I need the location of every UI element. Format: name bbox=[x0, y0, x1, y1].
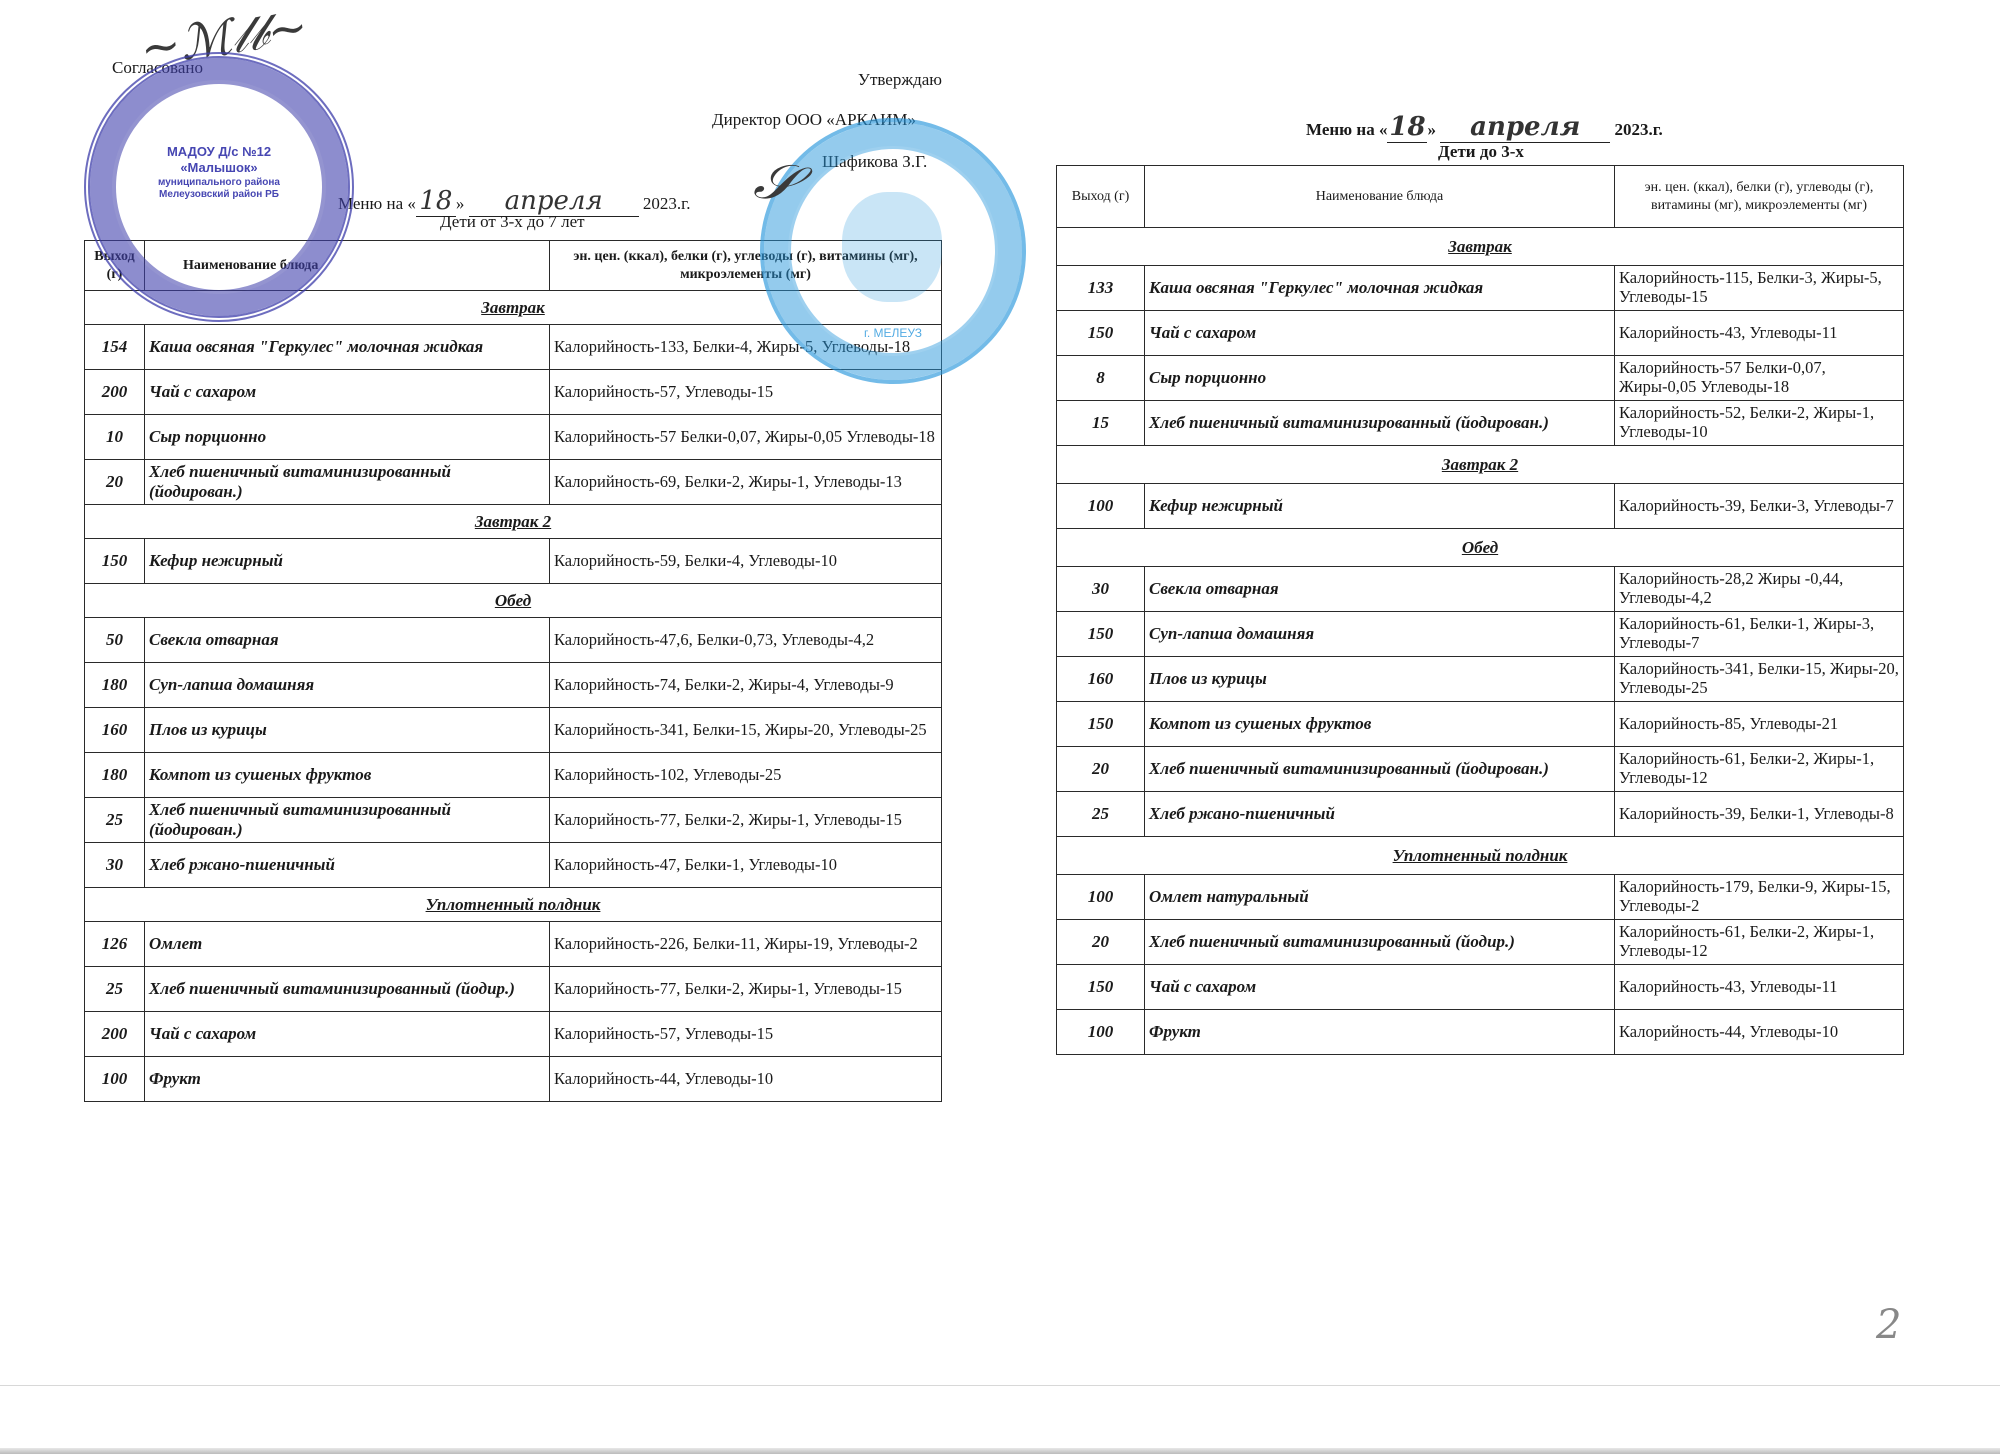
menu-row: 10Сыр порционноКалорийность-57 Белки-0,0… bbox=[85, 415, 942, 460]
menu-year: 2023.г. bbox=[643, 194, 691, 213]
menu-row: 100ФруктКалорийность-44, Углеводы-10 bbox=[85, 1057, 942, 1102]
menu-quote: » bbox=[456, 194, 465, 213]
dish-name-cell: Омлет натуральный bbox=[1145, 875, 1615, 920]
menu-row: 160Плов из курицыКалорийность-341, Белки… bbox=[1057, 657, 1904, 702]
nutrition-cell: Калорийность-47,6, Белки-0,73, Углеводы-… bbox=[550, 618, 942, 663]
output-cell: 30 bbox=[85, 843, 145, 888]
output-cell: 50 bbox=[85, 618, 145, 663]
section-title: Обед bbox=[85, 584, 942, 618]
section-row: Завтрак 2 bbox=[1057, 446, 1904, 484]
page-number: 2 bbox=[1876, 1302, 1901, 1348]
menu-row: 25Хлеб пшеничный витаминизированный (йод… bbox=[85, 967, 942, 1012]
nutrition-cell: Калорийность-115, Белки-3, Жиры-5, Углев… bbox=[1615, 266, 1904, 311]
dish-name-cell: Свекла отварная bbox=[1145, 567, 1615, 612]
section-row: Обед bbox=[1057, 529, 1904, 567]
output-cell: 20 bbox=[85, 460, 145, 505]
section-title: Завтрак bbox=[85, 291, 942, 325]
menu-row: 160Плов из курицыКалорийность-341, Белки… bbox=[85, 708, 942, 753]
output-cell: 100 bbox=[1057, 1010, 1145, 1055]
nutrition-cell: Калорийность-61, Белки-1, Жиры-3, Углево… bbox=[1615, 612, 1904, 657]
menu-day: 18 bbox=[1387, 112, 1427, 143]
nutrition-cell: Калорийность-69, Белки-2, Жиры-1, Углево… bbox=[550, 460, 942, 505]
dish-name-cell: Суп-лапша домашняя bbox=[1145, 612, 1615, 657]
dish-name-cell: Чай с сахаром bbox=[145, 370, 550, 415]
signatory-name: Шафикова З.Г. bbox=[822, 152, 927, 172]
menu-row: 50Свекла отварнаяКалорийность-47,6, Белк… bbox=[85, 618, 942, 663]
output-cell: 150 bbox=[1057, 311, 1145, 356]
menu-row: 100ФруктКалорийность-44, Углеводы-10 bbox=[1057, 1010, 1904, 1055]
output-cell: 180 bbox=[85, 663, 145, 708]
dish-name-cell: Фрукт bbox=[145, 1057, 550, 1102]
dish-name-cell: Плов из курицы bbox=[145, 708, 550, 753]
output-cell: 150 bbox=[1057, 702, 1145, 747]
menu-table-left: Выход (г) Наименование блюда эн. цен. (к… bbox=[84, 240, 942, 1102]
nutrition-cell: Калорийность-44, Углеводы-10 bbox=[550, 1057, 942, 1102]
output-cell: 150 bbox=[1057, 965, 1145, 1010]
menu-month: апреля bbox=[1440, 112, 1610, 143]
stamp-line: МАДОУ Д/с №12 bbox=[150, 144, 288, 160]
output-cell: 126 bbox=[85, 922, 145, 967]
output-cell: 100 bbox=[1057, 875, 1145, 920]
nutrition-cell: Калорийность-43, Углеводы-11 bbox=[1615, 965, 1904, 1010]
header-output: Выход (г) bbox=[1057, 166, 1145, 228]
menu-row: 126ОмлетКалорийность-226, Белки-11, Жиры… bbox=[85, 922, 942, 967]
menu-year: 2023.г. bbox=[1614, 120, 1662, 139]
output-cell: 150 bbox=[1057, 612, 1145, 657]
nutrition-cell: Калорийность-61, Белки-2, Жиры-1, Углево… bbox=[1615, 747, 1904, 792]
dish-name-cell: Сыр порционно bbox=[1145, 356, 1615, 401]
dish-name-cell: Хлеб пшеничный витаминизированный (йодир… bbox=[1145, 747, 1615, 792]
nutrition-cell: Калорийность-179, Белки-9, Жиры-15, Угле… bbox=[1615, 875, 1904, 920]
menu-row: 154Каша овсяная "Геркулес" молочная жидк… bbox=[85, 325, 942, 370]
menu-row: 150Суп-лапша домашняяКалорийность-61, Бе… bbox=[1057, 612, 1904, 657]
output-cell: 20 bbox=[1057, 747, 1145, 792]
stamp-line: муниципального района bbox=[150, 177, 288, 190]
nutrition-cell: Калорийность-341, Белки-15, Жиры-20, Угл… bbox=[550, 708, 942, 753]
dish-name-cell: Хлеб пшеничный витаминизированный (йодир… bbox=[145, 967, 550, 1012]
menu-row: 20Хлеб пшеничный витаминизированный (йод… bbox=[85, 460, 942, 505]
menu-row: 133Каша овсяная "Геркулес" молочная жидк… bbox=[1057, 266, 1904, 311]
dish-name-cell: Каша овсяная "Геркулес" молочная жидкая bbox=[1145, 266, 1615, 311]
nutrition-cell: Калорийность-44, Углеводы-10 bbox=[1615, 1010, 1904, 1055]
output-cell: 154 bbox=[85, 325, 145, 370]
nutrition-cell: Калорийность-39, Белки-1, Углеводы-8 bbox=[1615, 792, 1904, 837]
output-cell: 25 bbox=[85, 967, 145, 1012]
section-row: Завтрак 2 bbox=[85, 505, 942, 539]
nutrition-cell: Калорийность-47, Белки-1, Углеводы-10 bbox=[550, 843, 942, 888]
table-header-row: Выход (г) Наименование блюда эн. цен. (к… bbox=[1057, 166, 1904, 228]
section-title: Обед bbox=[1057, 529, 1904, 567]
dish-name-cell: Фрукт bbox=[1145, 1010, 1615, 1055]
output-cell: 25 bbox=[1057, 792, 1145, 837]
menu-row: 200Чай с сахаромКалорийность-57, Углевод… bbox=[85, 370, 942, 415]
menu-row: 30Хлеб ржано-пшеничныйКалорийность-47, Б… bbox=[85, 843, 942, 888]
output-cell: 15 bbox=[1057, 401, 1145, 446]
header-name: Наименование блюда bbox=[145, 241, 550, 291]
header-nutrition: эн. цен. (ккал), белки (г), углеводы (г)… bbox=[550, 241, 942, 291]
dish-name-cell: Сыр порционно bbox=[145, 415, 550, 460]
stamp-line: Мелеузовский район РБ bbox=[150, 189, 288, 202]
nutrition-cell: Калорийность-85, Углеводы-21 bbox=[1615, 702, 1904, 747]
nutrition-cell: Калорийность-28,2 Жиры -0,44, Углеводы-4… bbox=[1615, 567, 1904, 612]
nutrition-cell: Калорийность-77, Белки-2, Жиры-1, Углево… bbox=[550, 798, 942, 843]
dish-name-cell: Плов из курицы bbox=[1145, 657, 1615, 702]
menu-table-right: Выход (г) Наименование блюда эн. цен. (к… bbox=[1056, 165, 1904, 1055]
header-output: Выход (г) bbox=[85, 241, 145, 291]
section-row: Завтрак bbox=[1057, 228, 1904, 266]
nutrition-cell: Калорийность-77, Белки-2, Жиры-1, Углево… bbox=[550, 967, 942, 1012]
nutrition-cell: Калорийность-341, Белки-15, Жиры-20, Угл… bbox=[1615, 657, 1904, 702]
menu-row: 20Хлеб пшеничный витаминизированный (йод… bbox=[1057, 920, 1904, 965]
header-nutrition: эн. цен. (ккал), белки (г), углеводы (г)… bbox=[1615, 166, 1904, 228]
nutrition-cell: Калорийность-43, Углеводы-11 bbox=[1615, 311, 1904, 356]
output-cell: 180 bbox=[85, 753, 145, 798]
dish-name-cell: Чай с сахаром bbox=[1145, 311, 1615, 356]
director-label: Директор ООО «АРКАИМ» bbox=[712, 110, 916, 130]
nutrition-cell: Калорийность-102, Углеводы-25 bbox=[550, 753, 942, 798]
dish-name-cell: Кефир нежирный bbox=[145, 539, 550, 584]
section-title: Уплотненный полдник bbox=[85, 888, 942, 922]
menu-row: 30Свекла отварнаяКалорийность-28,2 Жиры … bbox=[1057, 567, 1904, 612]
output-cell: 8 bbox=[1057, 356, 1145, 401]
dish-name-cell: Хлеб пшеничный витаминизированный (йодир… bbox=[1145, 401, 1615, 446]
menu-row: 150Чай с сахаромКалорийность-43, Углевод… bbox=[1057, 965, 1904, 1010]
dish-name-cell: Хлеб ржано-пшеничный bbox=[145, 843, 550, 888]
output-cell: 100 bbox=[1057, 484, 1145, 529]
menu-prefix: Меню на « bbox=[338, 194, 416, 213]
nutrition-cell: Калорийность-57 Белки-0,07, Жиры-0,05 Уг… bbox=[1615, 356, 1904, 401]
header-name: Наименование блюда bbox=[1145, 166, 1615, 228]
menu-row: 100Кефир нежирныйКалорийность-39, Белки-… bbox=[1057, 484, 1904, 529]
dish-name-cell: Чай с сахаром bbox=[1145, 965, 1615, 1010]
dish-name-cell: Суп-лапша домашняя bbox=[145, 663, 550, 708]
dish-name-cell: Хлеб пшеничный витаминизированный (йодир… bbox=[145, 460, 550, 505]
menu-title-right: Меню на «18» апреля 2023.г. bbox=[1306, 112, 1663, 143]
nutrition-cell: Калорийность-133, Белки-4, Жиры-5, Углев… bbox=[550, 325, 942, 370]
dish-name-cell: Хлеб ржано-пшеничный bbox=[1145, 792, 1615, 837]
nutrition-cell: Калорийность-52, Белки-2, Жиры-1, Углево… bbox=[1615, 401, 1904, 446]
menu-row: 180Компот из сушеных фруктовКалорийность… bbox=[85, 753, 942, 798]
menu-row: 150Кефир нежирныйКалорийность-59, Белки-… bbox=[85, 539, 942, 584]
dish-name-cell: Чай с сахаром bbox=[145, 1012, 550, 1057]
menu-row: 200Чай с сахаромКалорийность-57, Углевод… bbox=[85, 1012, 942, 1057]
menu-row: 15Хлеб пшеничный витаминизированный (йод… bbox=[1057, 401, 1904, 446]
nutrition-cell: Калорийность-61, Белки-2, Жиры-1, Углево… bbox=[1615, 920, 1904, 965]
age-group-left: Дети от 3-х до 7 лет bbox=[440, 212, 585, 232]
section-row: Завтрак bbox=[85, 291, 942, 325]
table-header-row: Выход (г) Наименование блюда эн. цен. (к… bbox=[85, 241, 942, 291]
dish-name-cell: Свекла отварная bbox=[145, 618, 550, 663]
section-title: Завтрак bbox=[1057, 228, 1904, 266]
section-row: Обед bbox=[85, 584, 942, 618]
output-cell: 10 bbox=[85, 415, 145, 460]
dish-name-cell: Кефир нежирный bbox=[1145, 484, 1615, 529]
table-body-left: Завтрак154Каша овсяная "Геркулес" молочн… bbox=[85, 291, 942, 1102]
output-cell: 160 bbox=[85, 708, 145, 753]
output-cell: 25 bbox=[85, 798, 145, 843]
section-title: Завтрак 2 bbox=[85, 505, 942, 539]
nutrition-cell: Калорийность-57 Белки-0,07, Жиры-0,05 Уг… bbox=[550, 415, 942, 460]
stamp-line: «Малышок» bbox=[150, 160, 288, 176]
output-cell: 160 bbox=[1057, 657, 1145, 702]
section-row: Уплотненный полдник bbox=[85, 888, 942, 922]
menu-quote: » bbox=[1427, 120, 1436, 139]
dish-name-cell: Компот из сушеных фруктов bbox=[1145, 702, 1615, 747]
output-cell: 20 bbox=[1057, 920, 1145, 965]
signature-director: 𝒮 bbox=[750, 147, 802, 217]
agreed-label: Согласовано bbox=[112, 58, 203, 78]
output-cell: 150 bbox=[85, 539, 145, 584]
menu-row: 20Хлеб пшеничный витаминизированный (йод… bbox=[1057, 747, 1904, 792]
nutrition-cell: Калорийность-57, Углеводы-15 bbox=[550, 370, 942, 415]
output-cell: 200 bbox=[85, 370, 145, 415]
dish-name-cell: Каша овсяная "Геркулес" молочная жидкая bbox=[145, 325, 550, 370]
dish-name-cell: Хлеб пшеничный витаминизированный (йодир… bbox=[145, 798, 550, 843]
dish-name-cell: Хлеб пшеничный витаминизированный (йодир… bbox=[1145, 920, 1615, 965]
output-cell: 30 bbox=[1057, 567, 1145, 612]
menu-row: 25Хлеб ржано-пшеничныйКалорийность-39, Б… bbox=[1057, 792, 1904, 837]
menu-row: 100Омлет натуральныйКалорийность-179, Бе… bbox=[1057, 875, 1904, 920]
dish-name-cell: Омлет bbox=[145, 922, 550, 967]
stamp-text: МАДОУ Д/с №12 «Малышок» муниципального р… bbox=[150, 144, 288, 202]
output-cell: 133 bbox=[1057, 266, 1145, 311]
age-group-right: Дети до 3-х bbox=[1438, 142, 1524, 162]
menu-prefix: Меню на « bbox=[1306, 120, 1387, 139]
scan-fold-line bbox=[0, 1385, 2000, 1386]
menu-row: 180Суп-лапша домашняяКалорийность-74, Бе… bbox=[85, 663, 942, 708]
section-title: Завтрак 2 bbox=[1057, 446, 1904, 484]
approve-label: Утверждаю bbox=[858, 70, 942, 90]
nutrition-cell: Калорийность-57, Углеводы-15 bbox=[550, 1012, 942, 1057]
section-row: Уплотненный полдник bbox=[1057, 837, 1904, 875]
menu-row: 25Хлеб пшеничный витаминизированный (йод… bbox=[85, 798, 942, 843]
section-title: Уплотненный полдник bbox=[1057, 837, 1904, 875]
nutrition-cell: Калорийность-226, Белки-11, Жиры-19, Угл… bbox=[550, 922, 942, 967]
menu-row: 8Сыр порционноКалорийность-57 Белки-0,07… bbox=[1057, 356, 1904, 401]
menu-row: 150Компот из сушеных фруктовКалорийность… bbox=[1057, 702, 1904, 747]
nutrition-cell: Калорийность-74, Белки-2, Жиры-4, Углево… bbox=[550, 663, 942, 708]
dish-name-cell: Компот из сушеных фруктов bbox=[145, 753, 550, 798]
table-body-right: Завтрак133Каша овсяная "Геркулес" молочн… bbox=[1057, 228, 1904, 1055]
output-cell: 200 bbox=[85, 1012, 145, 1057]
scan-edge bbox=[0, 1448, 2000, 1454]
nutrition-cell: Калорийность-59, Белки-4, Углеводы-10 bbox=[550, 539, 942, 584]
output-cell: 100 bbox=[85, 1057, 145, 1102]
nutrition-cell: Калорийность-39, Белки-3, Углеводы-7 bbox=[1615, 484, 1904, 529]
menu-row: 150Чай с сахаромКалорийность-43, Углевод… bbox=[1057, 311, 1904, 356]
